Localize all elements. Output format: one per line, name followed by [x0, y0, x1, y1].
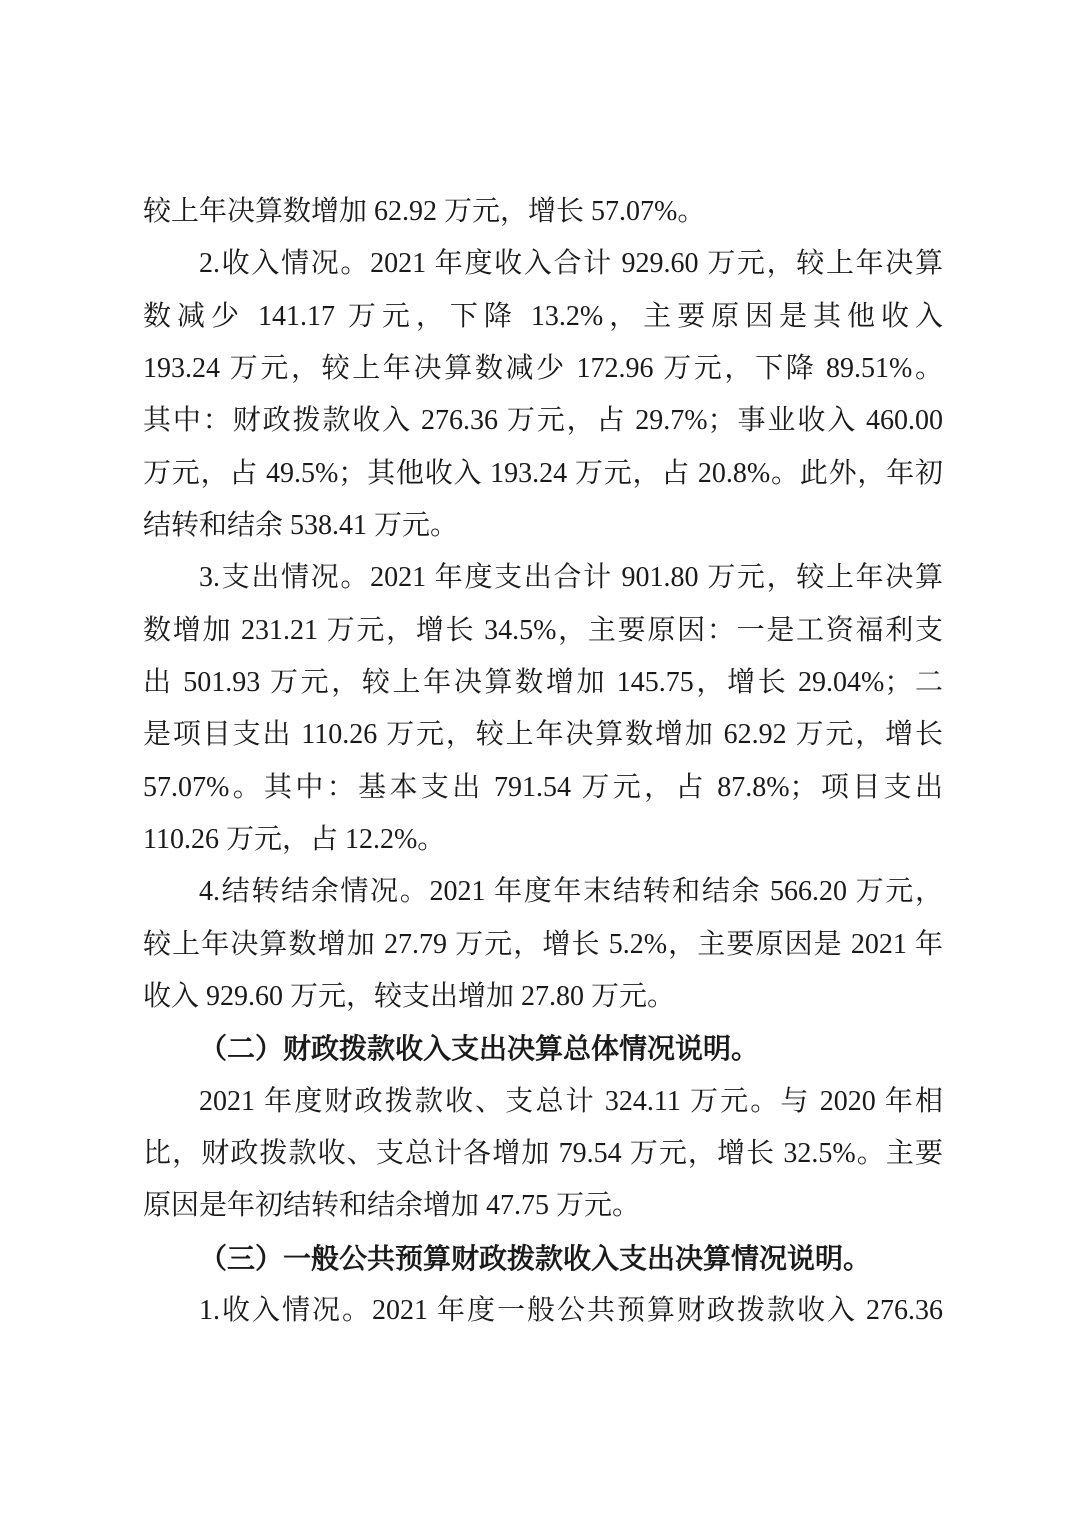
text-line: 1.收入情况。2021 年度一般公共预算财政拨款收入 276.36	[143, 1285, 943, 1337]
text-line: 出 501.93 万元，较上年决算数增加 145.75，增长 29.04%；二	[143, 657, 943, 709]
text-line: 数增加 231.21 万元，增长 34.5%，主要原因：一是工资福利支	[143, 605, 943, 657]
section-heading: （二）财政拨款收入支出决算总体情况说明。	[143, 1023, 943, 1075]
text-line: 2021 年度财政拨款收、支总计 324.11 万元。与 2020 年相	[143, 1076, 943, 1128]
section-heading: （三）一般公共预算财政拨款收入支出决算情况说明。	[143, 1233, 943, 1285]
text-line: 3.支出情况。2021 年度支出合计 901.80 万元，较上年决算	[143, 552, 943, 604]
text-line: 110.26 万元，占 12.2%。	[143, 814, 943, 866]
text-line: 收入 929.60 万元，较支出增加 27.80 万元。	[143, 971, 943, 1023]
document-body: 较上年决算数增加 62.92 万元，增长 57.07%。2.收入情况。2021 …	[143, 186, 943, 1337]
text-line: 2.收入情况。2021 年度收入合计 929.60 万元，较上年决算	[143, 238, 943, 290]
text-line: 4.结转结余情况。2021 年度年末结转和结余 566.20 万元，	[143, 866, 943, 918]
text-line: 数减少 141.17 万元，下降 13.2%，主要原因是其他收入	[143, 291, 943, 343]
text-line: 是项目支出 110.26 万元，较上年决算数增加 62.92 万元，增长	[143, 709, 943, 761]
document-page: 较上年决算数增加 62.92 万元，增长 57.07%。2.收入情况。2021 …	[0, 0, 1075, 1337]
text-line: 原因是年初结转和结余增加 47.75 万元。	[143, 1180, 943, 1232]
text-line: 57.07%。其中：基本支出 791.54 万元，占 87.8%；项目支出	[143, 762, 943, 814]
text-line: 193.24 万元，较上年决算数减少 172.96 万元，下降 89.51%。	[143, 343, 943, 395]
text-line: 结转和结余 538.41 万元。	[143, 500, 943, 552]
text-line: 较上年决算数增加 27.79 万元，增长 5.2%，主要原因是 2021 年	[143, 919, 943, 971]
text-line: 较上年决算数增加 62.92 万元，增长 57.07%。	[143, 186, 943, 238]
text-line: 比，财政拨款收、支总计各增加 79.54 万元，增长 32.5%。主要	[143, 1128, 943, 1180]
text-line: 其中：财政拨款收入 276.36 万元，占 29.7%；事业收入 460.00	[143, 395, 943, 447]
text-line: 万元，占 49.5%；其他收入 193.24 万元，占 20.8%。此外，年初	[143, 448, 943, 500]
